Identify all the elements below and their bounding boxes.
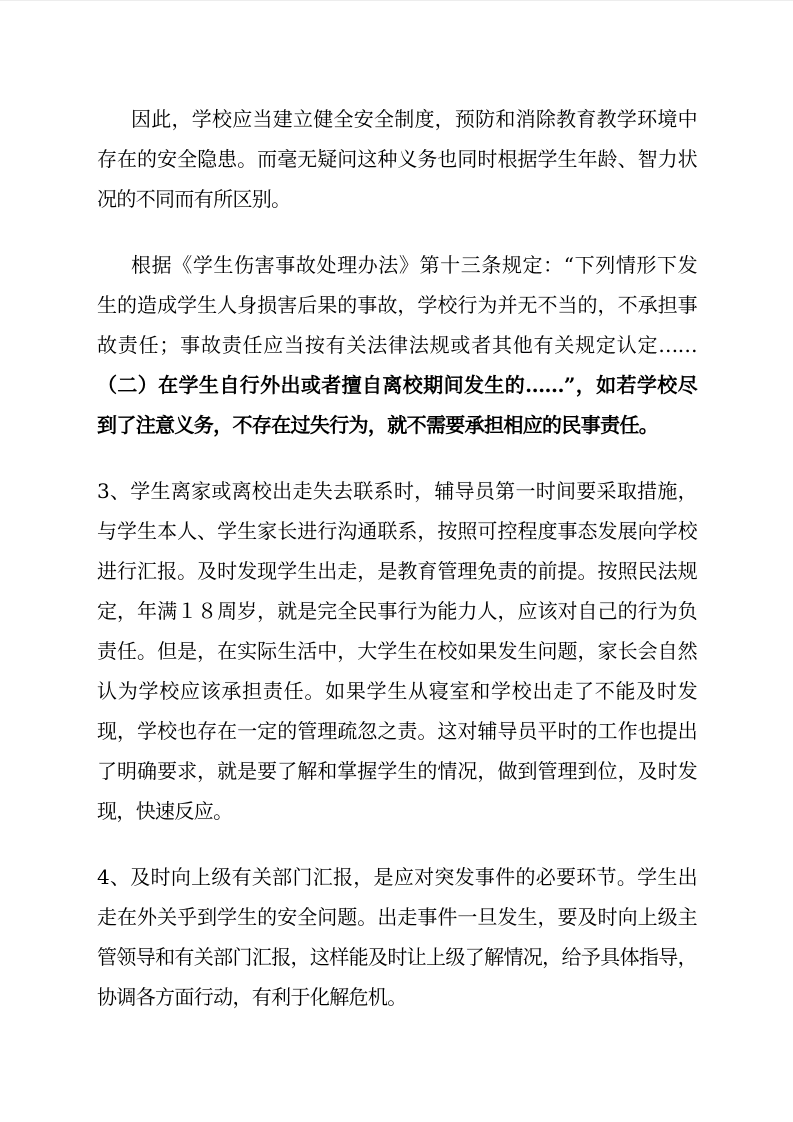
text-line: 现，快速反应。 — [97, 791, 697, 831]
text-line: 3、学生离家或离校出走失去联系时，辅导员第一时间要采取措施， — [97, 471, 697, 511]
document-page: 因此，学校应当建立健全安全制度，预防和消除教育教学环境中存在的安全隐患。而毫无疑… — [0, 0, 793, 1122]
text-line: 故责任；事故责任应当按有关法律法规或者其他有关规定认定…… — [97, 325, 697, 365]
text-line: 存在的安全隐患。而毫无疑问这种义务也同时根据学生年龄、智力状 — [97, 139, 697, 179]
paragraph: 根据《学生伤害事故处理办法》第十三条规定：“下列情形下发生的造成学生人身损害后果… — [97, 245, 697, 445]
text-line: 况的不同而有所区别。 — [97, 179, 697, 219]
text-line: 管领导和有关部门汇报，这样能及时让上级了解情况，给予具体指导， — [97, 937, 697, 977]
document-body: 因此，学校应当建立健全安全制度，预防和消除教育教学环境中存在的安全隐患。而毫无疑… — [97, 99, 697, 1017]
text-line: 进行汇报。及时发现学生出走，是教育管理免责的前提。按照民法规 — [97, 551, 697, 591]
text-line: 认为学校应该承担责任。如果学生从寝室和学校出走了不能及时发 — [97, 671, 697, 711]
text-line: 到了注意义务，不存在过失行为，就不需要承担相应的民事责任。 — [97, 405, 697, 445]
text-line: 4、及时向上级有关部门汇报，是应对突发事件的必要环节。学生出 — [97, 857, 697, 897]
text-line: 根据《学生伤害事故处理办法》第十三条规定：“下列情形下发 — [97, 245, 697, 285]
text-line: 与学生本人、学生家长进行沟通联系，按照可控程度事态发展向学校 — [97, 511, 697, 551]
text-line: 责任。但是，在实际生活中，大学生在校如果发生问题，家长会自然 — [97, 631, 697, 671]
paragraph: 因此，学校应当建立健全安全制度，预防和消除教育教学环境中存在的安全隐患。而毫无疑… — [97, 99, 697, 219]
text-line: 协调各方面行动，有利于化解危机。 — [97, 977, 697, 1017]
text-line: 因此，学校应当建立健全安全制度，预防和消除教育教学环境中 — [97, 99, 697, 139]
paragraph: 4、及时向上级有关部门汇报，是应对突发事件的必要环节。学生出走在外关乎到学生的安… — [97, 857, 697, 1017]
text-line: 走在外关乎到学生的安全问题。出走事件一旦发生，要及时向上级主 — [97, 897, 697, 937]
text-line: （二）在学生自行外出或者擅自离校期间发生的……”，如若学校尽 — [97, 365, 697, 405]
text-line: 现，学校也存在一定的管理疏忽之责。这对辅导员平时的工作也提出 — [97, 711, 697, 751]
text-line: 生的造成学生人身损害后果的事故，学校行为并无不当的，不承担事 — [97, 285, 697, 325]
text-line: 了明确要求，就是要了解和掌握学生的情况，做到管理到位，及时发 — [97, 751, 697, 791]
text-line: 定，年满１８周岁，就是完全民事行为能力人，应该对自己的行为负 — [97, 591, 697, 631]
paragraph: 3、学生离家或离校出走失去联系时，辅导员第一时间要采取措施，与学生本人、学生家长… — [97, 471, 697, 831]
